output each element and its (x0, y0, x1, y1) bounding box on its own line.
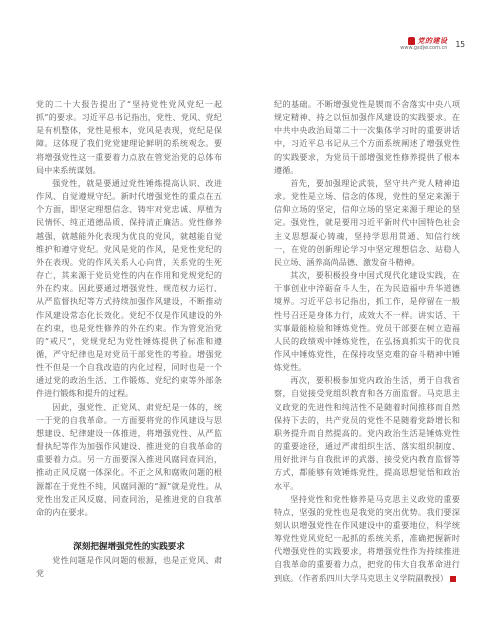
right-column: 纪的基础。不断增强党性是锲而不舍落实中央八项规定精神、持之以恒加强作风建设的实践… (274, 98, 460, 585)
paragraph: 党性问题是作风问题的根源，也是正党风、肃党 (36, 554, 222, 580)
paragraph: 纪的基础。不断增强党性是锲而不舍落实中央八项规定精神、持之以恒加强作风建设的实践… (274, 98, 460, 177)
article-end-icon (450, 576, 456, 582)
left-column: 党的二十大报告提出了“坚持党性党风党纪一起抓”的要求。习近平总书记指出，党性、党… (36, 98, 222, 585)
paragraph: 其次，要积极投身中国式现代化建设实践，在干事创业中淬砺奋斗人生，在为民造福中升华… (274, 269, 460, 374)
page-number: 15 (455, 41, 465, 52)
paragraph: 首先，要加强理论武装，坚守共产党人精神追求。党性是立场、信念的体现，党性的坚定来… (274, 177, 460, 269)
brand-logo: 党的建设 (408, 36, 447, 45)
section-heading: 深刻把握增强党性的实践要求 (36, 541, 222, 553)
paragraph: 再次，要积极参加党内政治生活，勇于自我省察，自觉接受党组织教育和各方面监督。马克… (274, 374, 460, 492)
paragraph: 党的二十大报告提出了“坚持党性党风党纪一起抓”的要求。习近平总书记指出，党性、党… (36, 98, 222, 177)
article-body: 党的二十大报告提出了“坚持党性党风党纪一起抓”的要求。习近平总书记指出，党性、党… (36, 98, 460, 585)
brand: 党的建设 www.gsdjw.com.cn (400, 36, 447, 51)
website-url: www.gsdjw.com.cn (400, 46, 447, 51)
page-header: 党的建设 www.gsdjw.com.cn 15 (400, 33, 465, 51)
paragraph-text: 坚持党性和党性修养是马克思主义政党的重要特点，坚强的党性也是我党的突出优势。我们… (274, 494, 460, 583)
paragraph: 强党性，就是要通过党性锤炼提高认识、改进作风、自觉遵规守纪。新时代增强党性的重点… (36, 177, 222, 401)
party-emblem-icon (408, 37, 415, 45)
paragraph-final: 坚持党性和党性修养是马克思主义政党的重要特点，坚强的党性也是我党的突出优势。我们… (274, 493, 460, 585)
magazine-name: 党的建设 (417, 37, 447, 44)
paragraph: 因此，强党性、正党风、肃党纪是一体的，统一于党的自我革命。一方面要将党的作风建设… (36, 401, 222, 519)
